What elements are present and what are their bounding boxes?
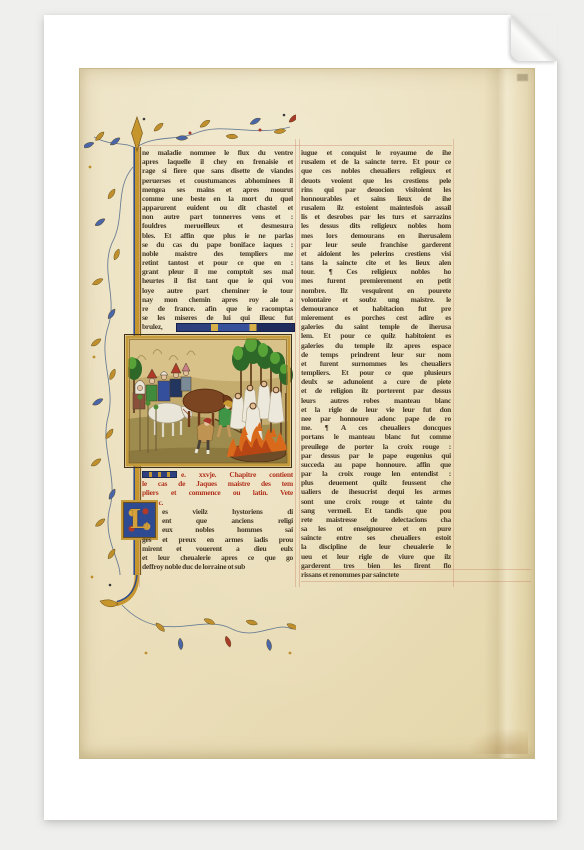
- manuscript-text-line: lem. Et pour ce quilz habitoient es: [301, 331, 451, 340]
- manuscript-text-line: succeda au pape honnoure. affin que: [301, 460, 451, 469]
- manuscript-text-line: les dessus dits religieux nobles hom: [301, 221, 451, 230]
- manuscript-text-line: iugue et conquist le royaume de ihe: [301, 148, 451, 157]
- manuscript-text-line: mengea ses mains et apres mourut: [142, 185, 293, 194]
- manuscript-text-line: par leur seule franchise garderent: [301, 240, 451, 249]
- manuscript-text-line: ualiers de ihesucrist dequi les armes: [301, 487, 451, 496]
- manuscript-text-line: galeries du saint temple de iherusa: [301, 322, 451, 331]
- manuscript-text-line: deffroy noble duc de lorraine ot sub: [142, 562, 293, 571]
- manuscript-text-line: ges et preux en armes iadis prou: [142, 535, 293, 544]
- manuscript-text-line: sa les ot enseignouree et en pure: [301, 524, 451, 533]
- manuscript-text-line: loye autre part cheminer ie tour: [142, 286, 293, 295]
- poster-photo: { "page_colors": { "background": "#eff0e…: [0, 0, 584, 850]
- manuscript-text-line: e. xxvje. Chapitre contient: [142, 470, 293, 479]
- manuscript-text-line: apres laquelle il chey en frenaisie et: [142, 157, 293, 166]
- right-column-text: iugue et conquist le royaume de iherusal…: [301, 148, 451, 579]
- manuscript-text-line: deulx se adunoient a cure de piete: [301, 377, 451, 386]
- manuscript-text-line: nombre. Ilz vesquirent en pourete: [301, 286, 451, 295]
- manuscript-text-line: rusalem ilz estoient maintesfois assail: [301, 203, 451, 212]
- manuscript-text-line: apparurent euident ou dit chastel et: [142, 203, 293, 212]
- manuscript-text-line: pliers et commence ou latin. Vete: [142, 488, 293, 497]
- manuscript-text-line: rins qui par deuocion visitoient les: [301, 185, 451, 194]
- manuscript-text-line: ent que anciens religi: [142, 516, 293, 525]
- page-curl: [511, 15, 557, 61]
- manuscript-text-line: garderent tres bien les firent flo: [301, 561, 451, 570]
- manuscript-text-line: et aidoient les pelerins crestiens visi: [301, 249, 451, 258]
- left-column-text: ne maladie nommee le flux du ventreapres…: [142, 148, 293, 331]
- manuscript-text-line: volontaire et soubz ung maistre. le: [301, 295, 451, 304]
- folio-number-smudge: [517, 74, 528, 81]
- manuscript-text-line: sont une croix rouge et tainte du: [301, 497, 451, 506]
- manuscript-text-line: portans le manteau blanc fut comme: [301, 432, 451, 441]
- manuscript-text-line: se les miseres de lui qui illeuc fut: [142, 313, 293, 322]
- print-sheet-paper: ne maladie nommee le flux du ventreapres…: [44, 15, 557, 820]
- manuscript-text-line: ueu et leur rigle de viure que ilz: [301, 552, 451, 561]
- manuscript-text-line: saincte entre ses cheualiers estoit: [301, 533, 451, 542]
- manuscript-text-line: se du cas du pape boniface iaques :: [142, 240, 293, 249]
- manuscript-text-line: le cas de Jaques maistre des tem: [142, 479, 293, 488]
- manuscript-text-line: retint tantost et pour ce que en :: [142, 258, 293, 267]
- line-filler-ornament: [176, 323, 295, 332]
- manuscript-text-line: tans la saincte cite et les lieux alen: [301, 258, 451, 267]
- manuscript-text-line: peruerses et coustumances abhominees il: [142, 176, 293, 185]
- manuscript-text-line: bles. Et affin que plus ie ne parlas: [142, 231, 293, 240]
- manuscript-text-line: noble maistre des templiers me: [142, 249, 293, 258]
- manuscript-text-line: preuilege de porter la croix rouge :: [301, 442, 451, 451]
- ruling-line: [301, 581, 531, 582]
- manuscript-text-line: rissans et renommes par sainctete: [301, 570, 451, 579]
- manuscript-text-line: mes lors demourans en iherusalem: [301, 231, 451, 240]
- manuscript-text-line: comme une beste en la mort du quel: [142, 194, 293, 203]
- ruling-line: [299, 139, 300, 587]
- manuscript-text-line: mirent et vouerent a dieu eulx: [142, 544, 293, 553]
- manuscript-text-line: plus deuement quilz feussent che: [301, 478, 451, 487]
- manuscript-text-line: rusalem et de la saincte terre. Et pour …: [301, 157, 451, 166]
- rubric-chapter-heading: e. xxvje. Chapitre contientle cas de Jaq…: [142, 470, 293, 507]
- miniature-burning-of-templars: [123, 333, 293, 469]
- manuscript-text-line: et furent surnommes les cheualiers: [301, 359, 451, 368]
- manuscript-text-line: de temps prindrent leur sur nom: [301, 350, 451, 359]
- manuscript-text-line: heurtes il fist tant que ie qui vou: [142, 276, 293, 285]
- manuscript-text-line: tour. ¶ Ces religieux nobles ho: [301, 267, 451, 276]
- manuscript-text-line: leurs autres robes manteau blanc: [301, 396, 451, 405]
- manuscript-text-line: et la rigle de leur vie leur fut don: [301, 405, 451, 414]
- manuscript-text-line: sang vermeil. Et tandis que pou: [301, 506, 451, 515]
- manuscript-text-line: re de france. afin que ie racomptas: [142, 304, 293, 313]
- manuscript-text-line: ne maladie nommee le flux du ventre: [142, 148, 293, 157]
- manuscript-text-line: par la croix rouge len entendist :: [301, 469, 451, 478]
- manuscript-text-line: templiers. Et pour ce que plusieurs: [301, 368, 451, 377]
- ruling-line: [453, 139, 454, 587]
- left-column-chapter-text: es vieilz hystoriens dient que anciens r…: [142, 507, 293, 571]
- manuscript-text-line: fouldres merueilleux et desmesura: [142, 221, 293, 230]
- manuscript-text-line: honnourables et sains lieux de ihe: [301, 194, 451, 203]
- manuscript-text-line: es vieilz hystoriens di: [142, 507, 293, 516]
- manuscript-text-line: demourance et habitacion fut pre: [301, 304, 451, 313]
- print-sheet: ne maladie nommee le flux du ventreapres…: [44, 15, 557, 820]
- manuscript-text-line: eux nobles hommes sai: [142, 525, 293, 534]
- manuscript-text-line: la discipline de leur cheualerie le: [301, 542, 451, 551]
- manuscript-text-line: par dessus par le pape eugenius qui: [301, 451, 451, 460]
- manuscript-text-line: deuots veoient que les crestiens pele: [301, 176, 451, 185]
- manuscript-text-line: lis et desrobes par les turs et sarrazin…: [301, 212, 451, 221]
- manuscript-text-line: mierement es porches cest adire es: [301, 313, 451, 322]
- manuscript-text-line: me. ¶ A ces cheualiers doncques: [301, 423, 451, 432]
- manuscript-text-line: mes furent premierement en petit: [301, 276, 451, 285]
- manuscript-text-line: galeries du temple ilz apres espace: [301, 341, 451, 350]
- manuscript-page: ne maladie nommee le flux du ventreapres…: [79, 68, 535, 759]
- manuscript-text-line: et de religion ilz porterent par dessus: [301, 386, 451, 395]
- manuscript-text-line: et leur cheualerie apres ce que go: [142, 553, 293, 562]
- manuscript-text-line: grant pleur il me comptoit ses mal: [142, 267, 293, 276]
- manuscript-text-line: res et c.: [142, 498, 293, 507]
- manuscript-text-line: rage si fiere que sans disette de viande…: [142, 166, 293, 175]
- manuscript-text-line: rete maistresse de delectacions cha: [301, 515, 451, 524]
- manuscript-text-line: non autre part tonnerres vens et :: [142, 212, 293, 221]
- manuscript-text-line: nay mon chemin apres roy ale a: [142, 295, 293, 304]
- manuscript-text-line: que ces nobles cheualiers religieux et: [301, 166, 451, 175]
- manuscript-text-line: nee par honnoure adonc pape de ro: [301, 414, 451, 423]
